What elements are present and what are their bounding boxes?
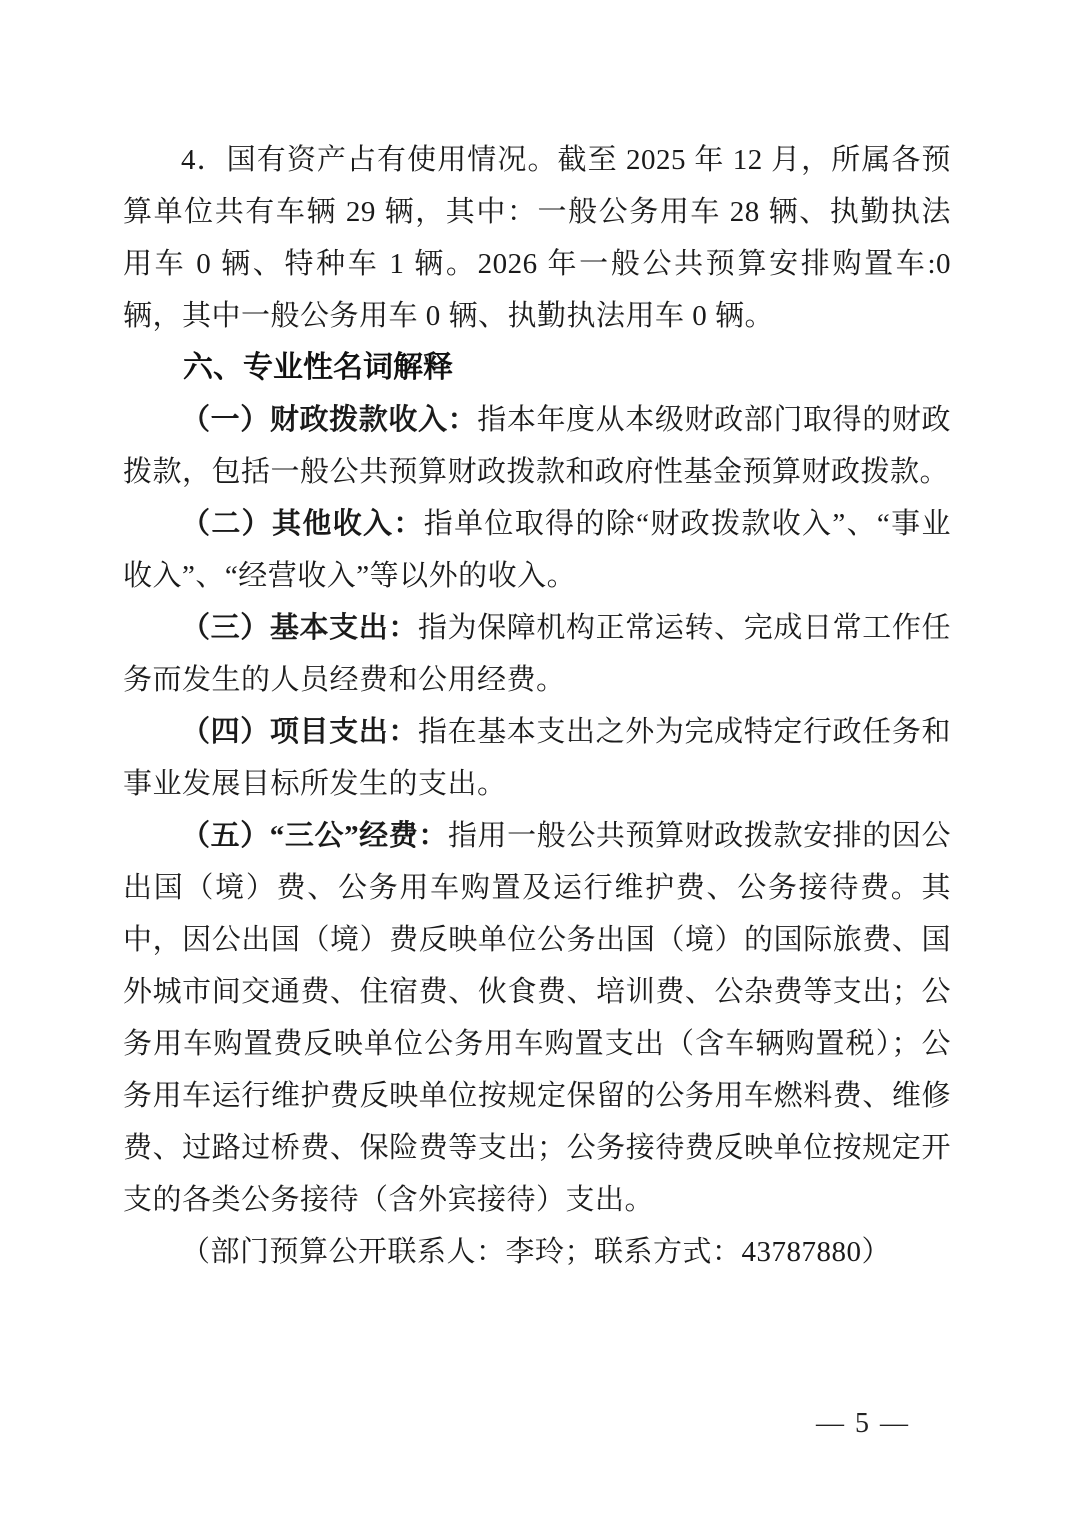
page-number: — 5 — <box>816 1404 910 1444</box>
section-heading-glossary: 六、专业性名词解释 <box>123 342 951 394</box>
term-label: （二）其他收入： <box>181 508 424 540</box>
term-label: （四）项目支出： <box>181 716 418 748</box>
paragraph-contact-info: （部门预算公开联系人：李玲；联系方式：43787880） <box>123 1226 951 1278</box>
paragraph-state-assets: 4．国有资产占有使用情况。截至 2025 年 12 月，所属各预算单位共有车辆 … <box>123 134 951 342</box>
term-label: （一）财政拨款收入： <box>181 404 477 436</box>
term-definition: 指用一般公共预算财政拨款安排的因公出国（境）费、公务用车购置及运行维护费、公务接… <box>123 820 951 1216</box>
term-label: （三）基本支出： <box>181 612 418 644</box>
document-page: 4．国有资产占有使用情况。截至 2025 年 12 月，所属各预算单位共有车辆 … <box>0 0 1074 1520</box>
paragraph-term-three-public-funds: （五）“三公”经费：指用一般公共预算财政拨款安排的因公出国（境）费、公务用车购置… <box>123 810 951 1226</box>
paragraph-term-fiscal-appropriation-income: （一）财政拨款收入：指本年度从本级财政部门取得的财政拨款，包括一般公共预算财政拨… <box>123 394 951 498</box>
paragraph-term-other-income: （二）其他收入：指单位取得的除“财政拨款收入”、“事业收入”、“经营收入”等以外… <box>123 498 951 602</box>
term-label: （五）“三公”经费： <box>181 820 448 852</box>
document-body: 4．国有资产占有使用情况。截至 2025 年 12 月，所属各预算单位共有车辆 … <box>123 134 951 1278</box>
paragraph-term-project-expenditure: （四）项目支出：指在基本支出之外为完成特定行政任务和事业发展目标所发生的支出。 <box>123 706 951 810</box>
paragraph-term-basic-expenditure: （三）基本支出：指为保障机构正常运转、完成日常工作任务而发生的人员经费和公用经费… <box>123 602 951 706</box>
